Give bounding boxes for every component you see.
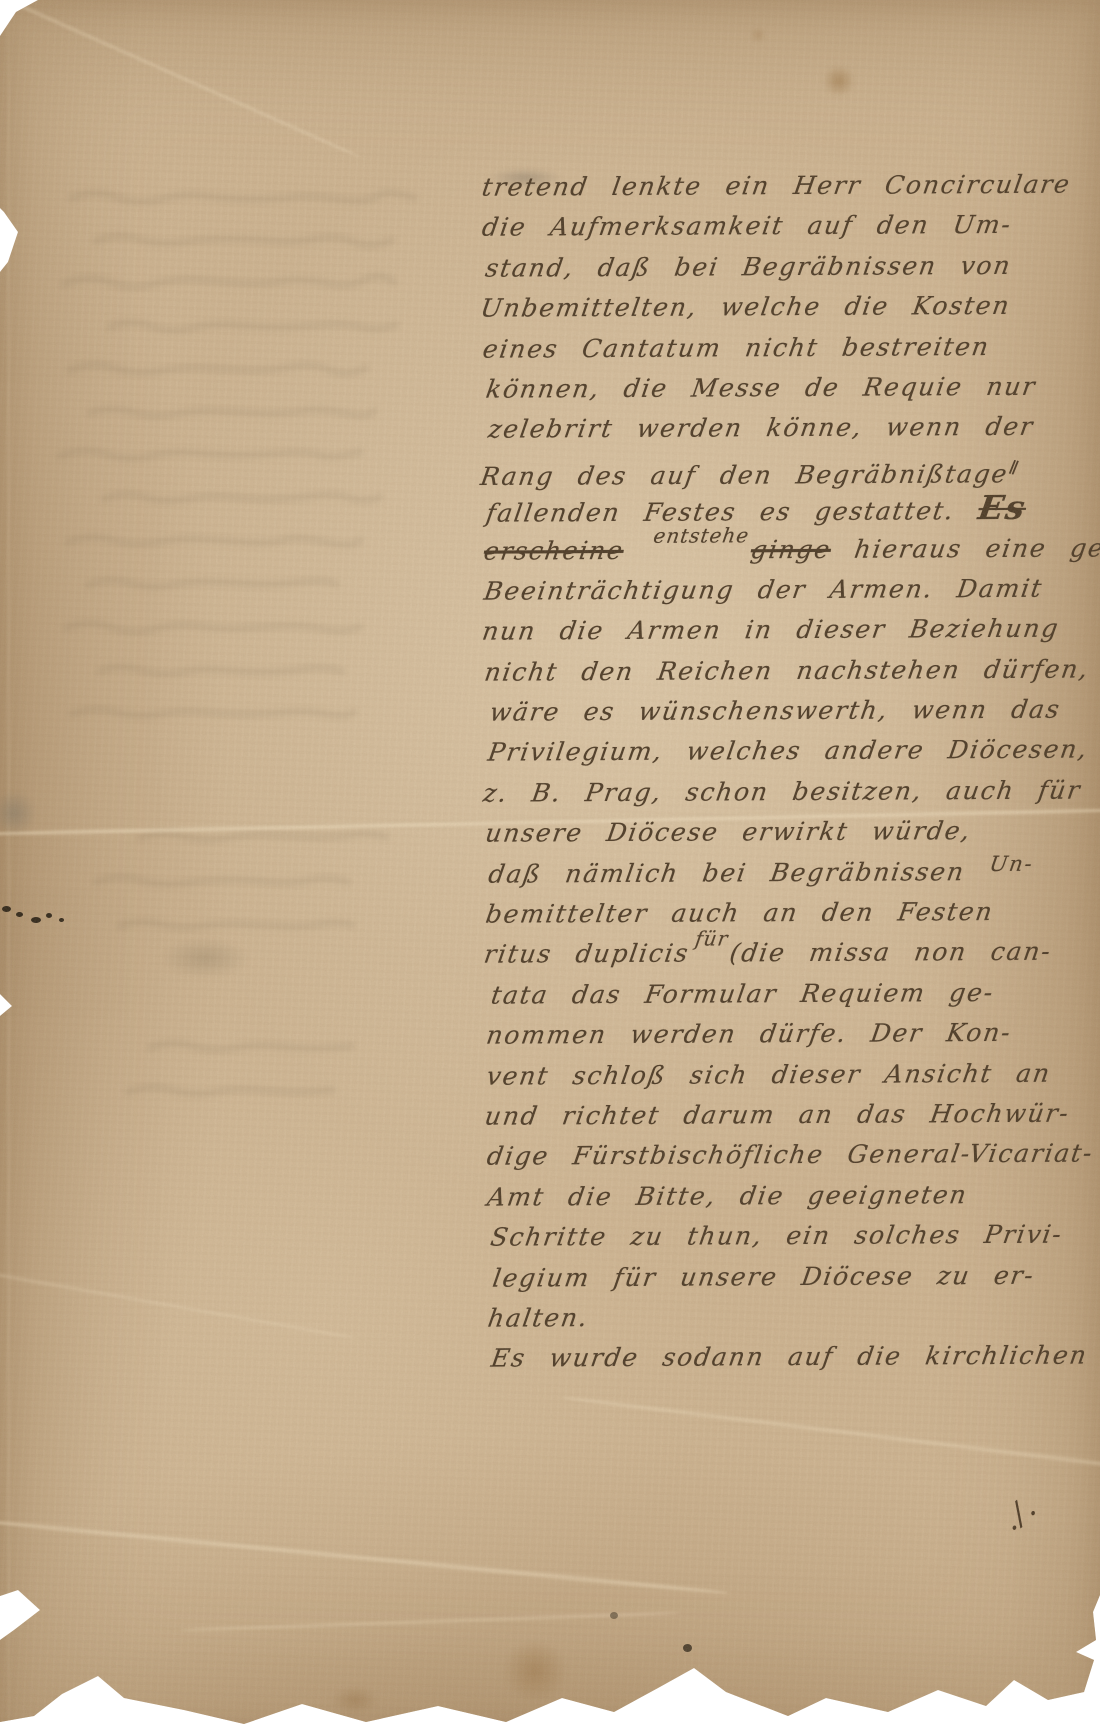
manuscript-line: Rang des auf den Begräbnißtage∥ [479,447,1100,491]
ink-speck [59,918,64,922]
stain [822,66,856,96]
stain [500,1642,570,1700]
manuscript-text: tretend lenkte ein Herr Concircularedie … [479,164,1100,1379]
manuscript-line: und richtet darum an das Hochwür- [482,1093,1100,1137]
ink-speck [31,917,41,923]
manuscript-line: bemittelter auch an den Festen [483,891,1100,935]
manuscript-line: nicht den Reichen nachstehen dürfen, [482,649,1100,693]
manuscript-line: dige Fürstbischöfliche General-Vicariat- [484,1134,1100,1178]
manuscript-line: nommen werden dürfe. Der Kon- [483,1012,1100,1056]
manuscript-line: Privilegium, welches andere Diöcesen, [485,730,1100,774]
stain [332,1686,378,1714]
stain [750,28,766,42]
manuscript-line: fallenden Festes es gestattet. Es [484,487,1100,531]
manuscript-line: können, die Messe de Requie nur [483,366,1100,410]
manuscript-line: zelebrirt werden könne, wenn der [485,407,1100,451]
manuscript-line: stand, daß bei Begräbnissen von [482,245,1100,289]
manuscript-line: ritus duplicisfür(die missa non can- [481,932,1100,976]
manuscript-line: eines Cantatum nicht bestreiten [480,326,1100,370]
manuscript-line: vent schloß sich dieser Ansicht an [484,1053,1100,1097]
manuscript-line: Beeinträchtigung der Armen. Damit [481,568,1100,612]
scanned-document: tretend lenkte ein Herr Concircularedie … [0,0,1100,1736]
manuscript-line: Es wurde sodann auf die kirchlichen Be. [488,1336,1100,1380]
manuscript-line: Amt die Bitte, die geeigneten [484,1174,1100,1218]
manuscript-line: erscheine entsteheginge hieraus eine gew… [481,528,1100,572]
manuscript-line: die Aufmerksamkeit auf den Um- [479,205,1100,249]
manuscript-line: tata das Formular Requiem ge- [488,972,1100,1016]
manuscript-page: tretend lenkte ein Herr Concircularedie … [0,0,1100,1736]
fold-line [6,0,11,1736]
ink-speck [16,912,23,917]
manuscript-line: tretend lenkte ein Herr Concirculare [479,164,1100,208]
manuscript-line: unsere Diöcese erwirkt würde, [482,811,1100,855]
ink-speck [683,1644,692,1652]
manuscript-line: halten. [485,1295,1100,1339]
ink-speck [46,913,52,918]
ink-speck [610,1612,618,1619]
manuscript-line: legium für unsere Diöcese zu er- [490,1255,1100,1299]
manuscript-line: Unbemittelten, welche die Kosten [478,285,1100,329]
manuscript-line: z. B. Prag, schon besitzen, auch für [480,770,1100,814]
ink-speck [2,906,11,912]
manuscript-line: Schritte zu thun, ein solches Privi- [488,1214,1100,1258]
stain [160,938,250,978]
manuscript-line: daß nämlich bei Begräbnissen Un- [486,851,1100,895]
manuscript-line: wäre es wünschenswerth, wenn das [487,689,1100,733]
manuscript-line: nun die Armen in dieser Beziehung [479,609,1100,653]
